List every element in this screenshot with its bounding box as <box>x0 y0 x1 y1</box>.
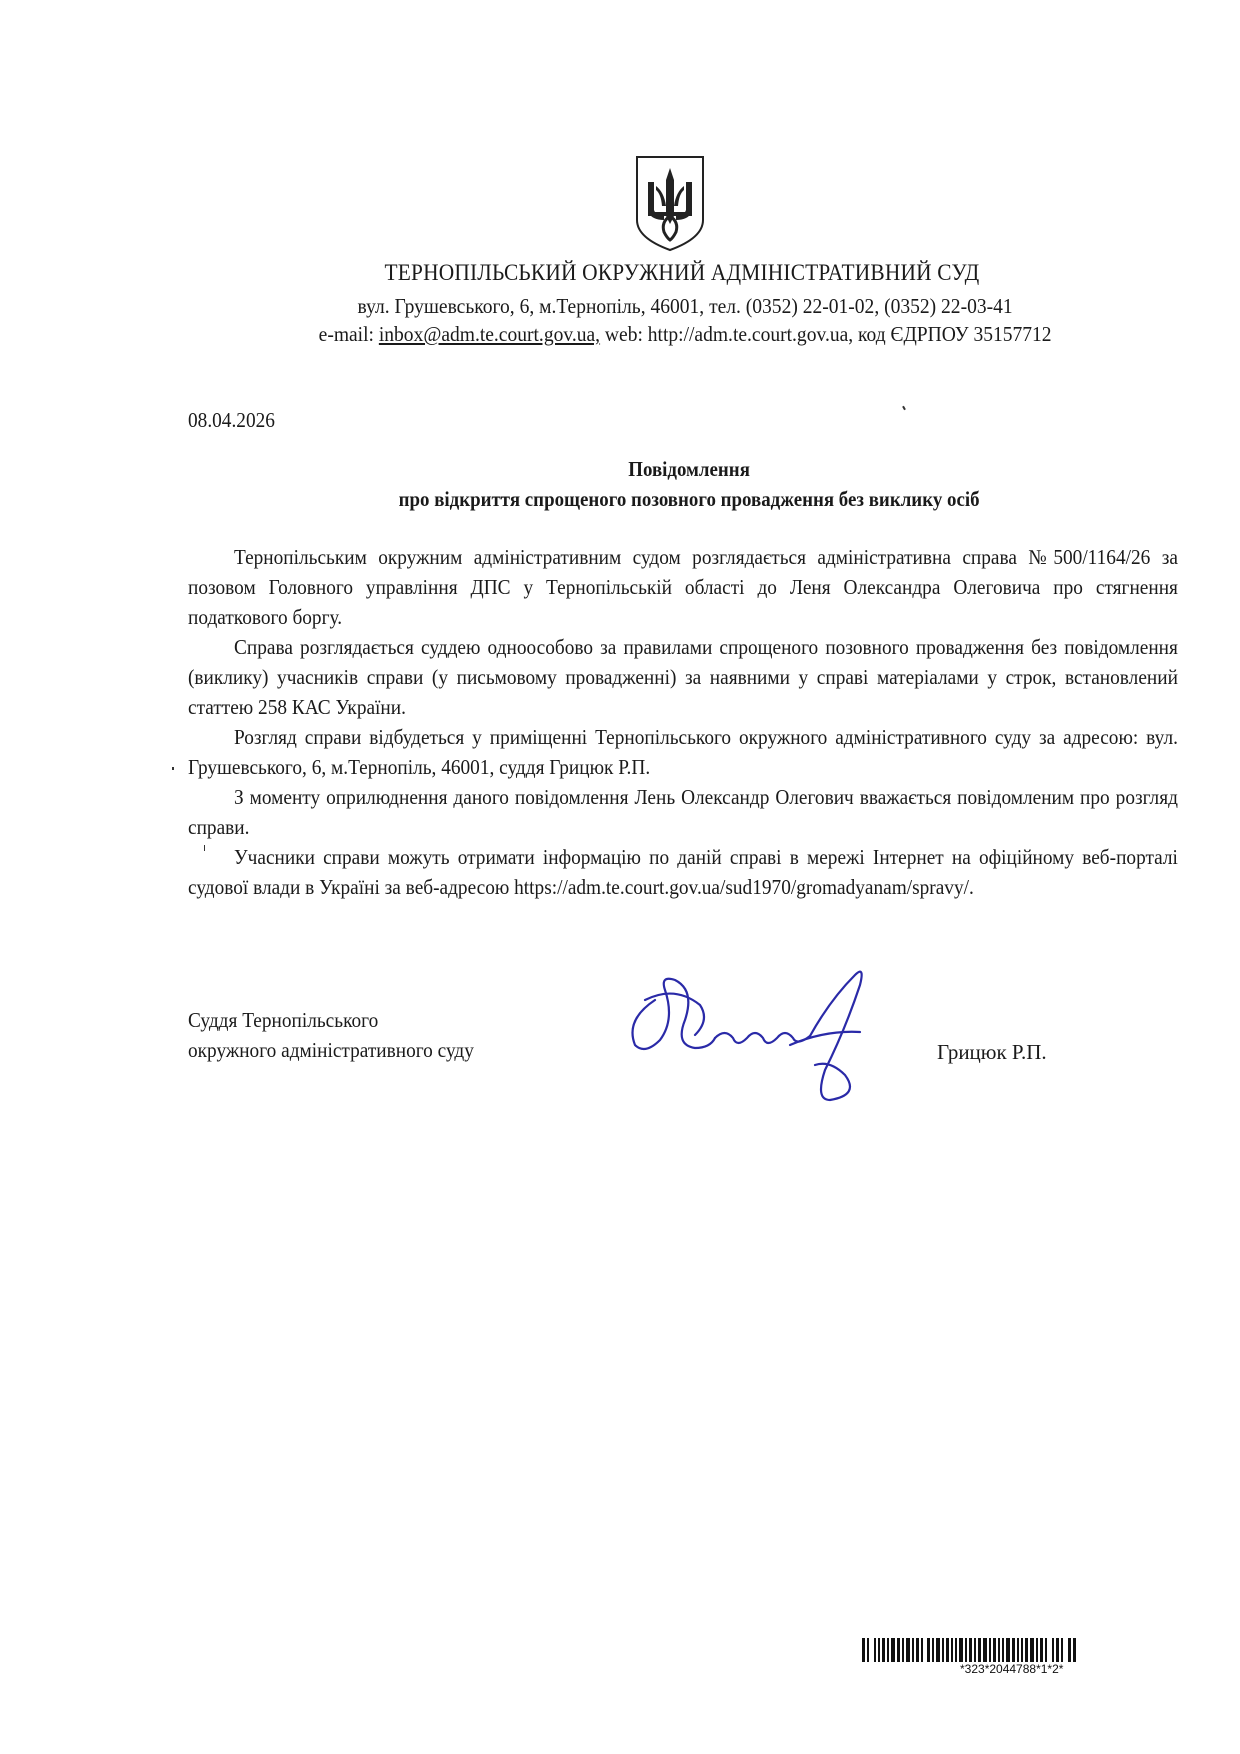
paragraph-location: Розгляд справи відбудеться у приміщенні … <box>188 722 1178 782</box>
handwritten-signature <box>615 960 915 1110</box>
scan-speck <box>902 406 906 410</box>
court-address: вул. Грушевського, 6, м.Тернопіль, 46001… <box>46 294 1199 319</box>
document-title: Повідомлення <box>69 457 1185 482</box>
paragraph-procedure: Справа розглядається суддею одноособово … <box>188 632 1178 722</box>
court-contacts: e-mail: inbox@adm.te.court.gov.ua, web: … <box>46 322 1199 347</box>
court-name: ТЕРНОПІЛЬСЬКИЙ ОКРУЖНИЙ АДМІНІСТРАТИВНИЙ… <box>46 260 1199 286</box>
document-date: 08.04.2026 <box>188 408 275 433</box>
paragraph-case-info: Тернопільським окружним адміністративним… <box>188 542 1178 632</box>
trident-coat-of-arms-icon <box>634 154 706 252</box>
email-link[interactable]: inbox@adm.te.court.gov.ua, <box>379 322 600 346</box>
judge-name: Грицюк Р.П. <box>937 1040 1047 1065</box>
document-body: Тернопільським окружним адміністративним… <box>188 542 1178 902</box>
judge-position: Суддя Тернопільського окружного адмініст… <box>188 1005 474 1065</box>
barcode <box>862 1638 1186 1662</box>
paragraph-online-info: Учасники справи можуть отримати інформац… <box>188 842 1178 902</box>
barcode-number: *323*2044788*1*2* <box>960 1662 1063 1676</box>
paragraph-notification: З моменту оприлюднення даного повідомлен… <box>188 782 1178 842</box>
web-and-code: web: http://adm.te.court.gov.ua, код ЄДР… <box>600 322 1052 346</box>
document-subtitle: про відкриття спрощеного позовного прова… <box>69 487 1185 512</box>
document-page: ТЕРНОПІЛЬСЬКИЙ ОКРУЖНИЙ АДМІНІСТРАТИВНИЙ… <box>0 0 1240 1754</box>
judge-position-line1: Суддя Тернопільського <box>188 1005 474 1035</box>
judge-position-line2: окружного адміністративного суду <box>188 1035 474 1065</box>
email-label: e-mail: <box>319 322 379 346</box>
scan-speck <box>172 767 174 770</box>
scan-speck <box>204 845 205 851</box>
